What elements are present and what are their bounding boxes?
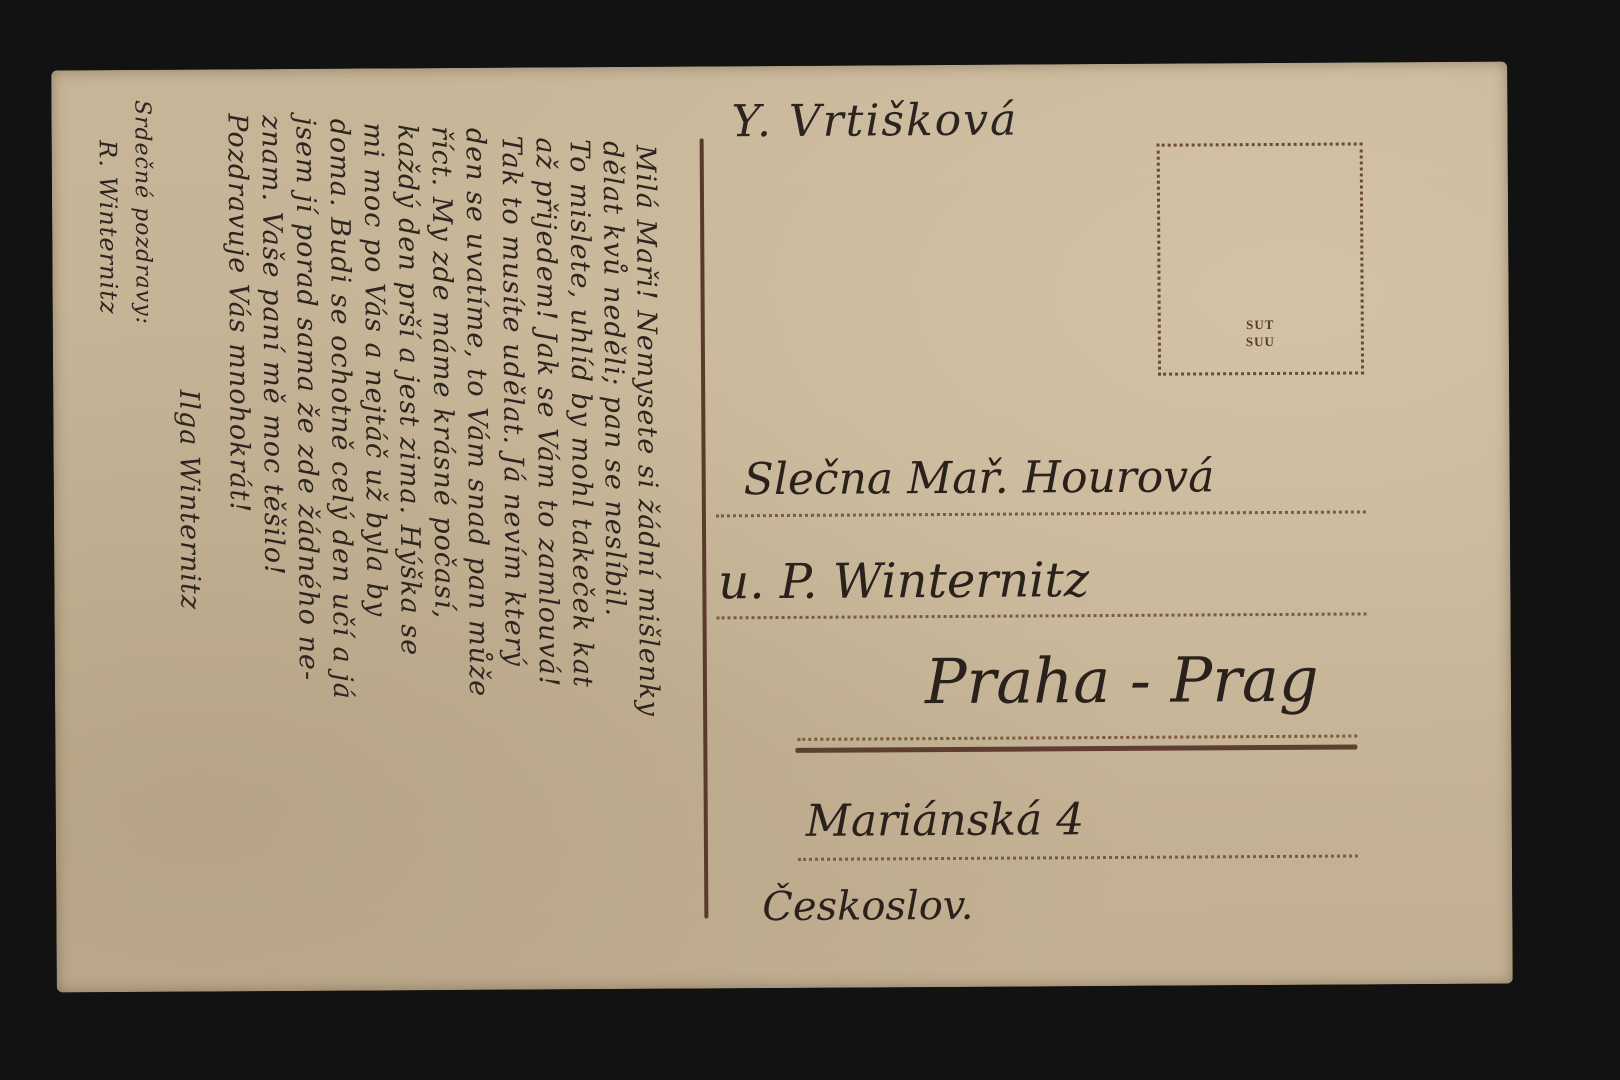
- message-line: až přijedem! Jak se Vám to zamlouvá!: [530, 137, 564, 687]
- message-line: Pozdravuje Vás mnohokrát!: [221, 113, 254, 513]
- message-line: každý den prší a jest zima. Hýška se: [392, 124, 426, 656]
- address-rule: [797, 734, 1357, 740]
- stamp-code-line-1: SUT: [1246, 316, 1275, 333]
- message-line: den se uvatíme, to Vám snad pan může: [460, 128, 494, 698]
- signature: R. Winternitz: [94, 140, 123, 315]
- message-line: říct. My zde máme krásné počasí,: [426, 126, 460, 619]
- greeting-line: Srdečné pozdravy:: [129, 100, 155, 325]
- stamp-code: SUT SUU: [1246, 316, 1275, 350]
- message-line: mi moc po Vás a nejtáč už byla by: [358, 122, 392, 617]
- recipient-street: Mariánská 4: [806, 794, 1085, 847]
- recipient-care-of: u. P. Winternitz: [718, 552, 1089, 610]
- message-line: doma. Budi se ochotně celý den učí a já: [323, 119, 358, 700]
- address-rule: [716, 510, 1366, 517]
- signature: Ilga Winternitz: [173, 390, 205, 611]
- message-line: znam. Vaše paní mě moc těšilo!: [255, 115, 289, 576]
- message-line: Milá Maři! Nemysete si žádní mišlenky: [630, 145, 664, 717]
- address-rule: [798, 854, 1358, 860]
- address-rule: [717, 612, 1367, 619]
- stamp-box: SUT SUU: [1157, 142, 1364, 375]
- recipient-name: Slečna Mař. Hourová: [744, 451, 1215, 505]
- postcard: Milá Maři! Nemysete si žádní mišlenky dě…: [51, 62, 1513, 993]
- divider-line: [700, 138, 709, 918]
- message-line: dělat kvů neděli; pan se neslíbil.: [597, 141, 631, 617]
- city-underline: [795, 744, 1357, 752]
- recipient-city: Praha - Prag: [925, 643, 1319, 718]
- message-line: jsem jí porad sama že zde žádného ne-: [289, 117, 323, 681]
- message-line: To mislete, uhlíd by mohl takeček kat: [564, 139, 598, 688]
- stamp-code-line-2: SUU: [1246, 333, 1275, 350]
- recipient-country: Českoslov.: [762, 883, 973, 930]
- message-line: Tak to musíte udělat. Já nevím který: [496, 136, 530, 667]
- sender-name: Y. Vrtišková: [731, 95, 1018, 148]
